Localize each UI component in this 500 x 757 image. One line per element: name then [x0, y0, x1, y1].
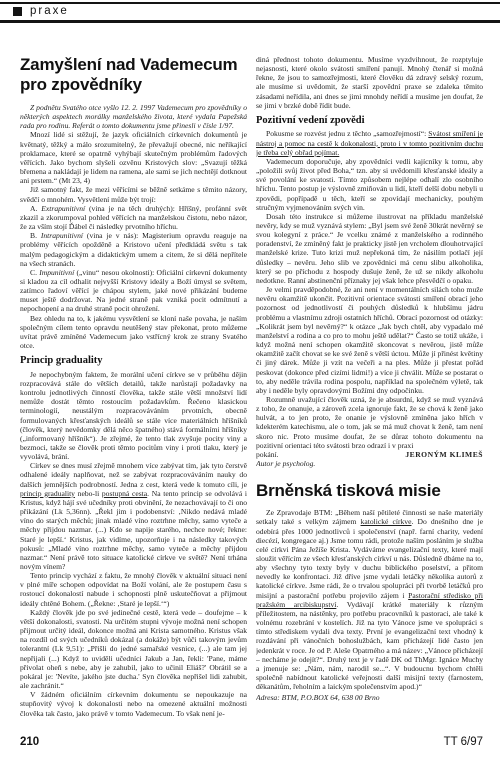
paragraph: Mnozí lidé si stěžují, že jazyk oficiáln…	[20, 130, 247, 185]
issue-label: TT 6/97	[444, 736, 483, 748]
paragraph: Pokusme se rozvést jednu z těchto „samoz…	[256, 129, 483, 156]
paragraph: Je velmi pravděpodobné, že ani není v mo…	[256, 285, 483, 395]
section-kicker: praxe	[13, 5, 69, 17]
paragraph: B. Intrapunitivní (vina je v nás): Magis…	[20, 231, 247, 268]
paragraph: Dosah této instrukce si můžeme ilustrova…	[256, 212, 483, 285]
square-bullet-icon	[13, 7, 22, 16]
author-byline: Autor je psycholog.	[256, 459, 483, 468]
magazine-page: praxe Zamyšlení nad Vademecum pro zpověd…	[0, 0, 500, 757]
paragraph: diná přednost tohoto dokumentu. Musíme v…	[256, 55, 483, 110]
section-heading: Princip graduality	[20, 355, 247, 367]
article-body: Zamyšlení nad Vademecum pro zpovědníkyZ …	[20, 55, 483, 727]
right-column: diná přednost tohoto dokumentu. Musíme v…	[256, 55, 483, 727]
paragraph: Vademecum doporučuje, aby zpovědníci ved…	[256, 157, 483, 212]
address-line: Adresa: BTM, P.O.BOX 64, 638 00 Brno	[256, 693, 483, 702]
paragraph: A. Extrapunitivní (vina je na těch druhý…	[20, 204, 247, 231]
section-heading: Pozitivní vedení zpovědi	[256, 115, 483, 127]
paragraph: Bez ohledu na to, k jakému vysvětlení se…	[20, 314, 247, 351]
paragraph: Z podnětu Svatého otce vyšlo 12. 2. 1997…	[20, 103, 247, 130]
paragraph: Je nepochybným faktem, že morální učení …	[20, 370, 247, 462]
paragraph: Již samotný fakt, že mezi věřícími se bě…	[20, 185, 247, 203]
paragraph: Každý člověk jde po své jedinečné cestě,…	[20, 608, 247, 690]
section-label: praxe	[30, 5, 69, 17]
header-rule	[0, 20, 500, 23]
paragraph: Rozumně uvažující člověk uzná, že je abs…	[256, 395, 483, 450]
left-column: Zamyšlení nad Vademecum pro zpovědníkyZ …	[20, 55, 247, 727]
author-signature: JERONÝM KLIMEŠ	[405, 450, 483, 459]
article-title: Brněnská tisková misie	[256, 481, 483, 501]
paragraph: Ze Zpravodaje BTM: „Během naší pětileté …	[256, 508, 483, 691]
page-number: 210	[20, 736, 39, 748]
article-title: Zamyšlení nad Vademecum pro zpovědníky	[20, 55, 247, 95]
top-rule	[0, 2, 500, 4]
paragraph: C. Impunitivní („vinu“ nesou okolnosti):…	[20, 268, 247, 314]
paragraph: Církev se dnes musí zřejmě mnohem více z…	[20, 461, 247, 571]
paragraph: Tento princip vychází z faktu, že mnohý …	[20, 571, 247, 608]
signature-line: pokání.JERONÝM KLIMEŠ	[256, 450, 483, 459]
paragraph: V žádném oficiálním církevním dokumentu …	[20, 690, 247, 717]
